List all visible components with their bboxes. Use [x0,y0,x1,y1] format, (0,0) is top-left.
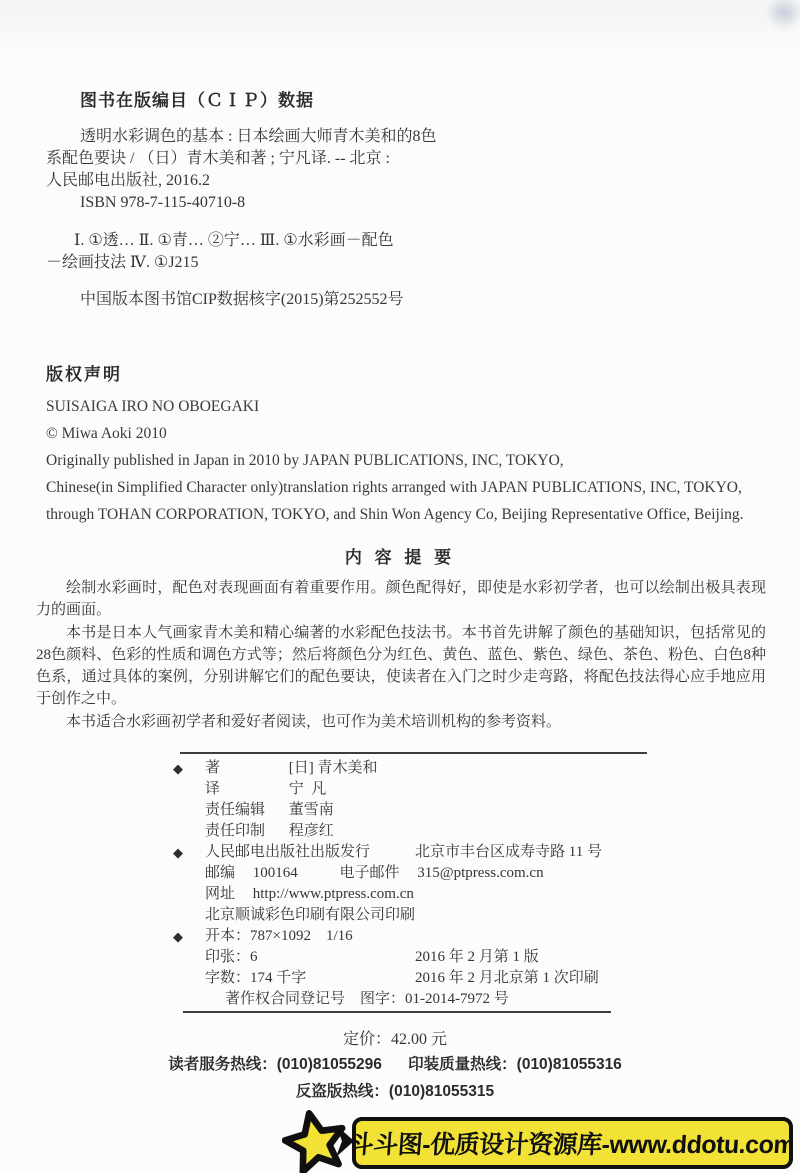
scan-smudge [758,0,800,36]
wordcount-value: 字数：174 千字 [205,970,306,986]
cip-record-line: 人民邮电出版社, 2016.2 [46,170,626,192]
translator-label: 译 [205,779,285,800]
colophon-top-rule [180,752,647,754]
edition-value: 2016 年 2 月第 1 版 [415,947,539,968]
format-value: 开本：787×1092 1/16 [205,928,353,944]
cip-heading: 图书在版编目（ＣＩＰ）数据 [80,86,314,111]
cip-class-line: －绘画技法 Ⅳ. ①J215 [46,252,626,274]
colophon-translator-row: 译 宁 凡 [173,779,653,800]
summary-paragraph: 绘制水彩画时，配色对表现画面有着重要作用。颜色配得好，即使是水彩初学者，也可以绘… [36,577,766,622]
email-value: 315@ptpress.com.cn [417,865,543,881]
email-label: 电子邮件 [340,865,400,881]
cip-classification: Ⅰ. ①透… Ⅱ. ①青… ②宁… Ⅲ. ①水彩画－配色 －绘画技法 Ⅳ. ①J… [46,230,626,274]
license-line: © Miwa Aoki 2010 [46,420,770,447]
scan-bleed-band [0,0,800,60]
diamond-bullet-icon: ◆ [173,926,183,947]
reader-service-hotline: 读者服务热线：(010)81055296 [168,1056,382,1073]
author-value: [日] 青木美和 [289,760,378,776]
colophon: ◆ 著 [日] 青木美和 译 宁 凡 责任编辑 董雪南 责任印制 程彦红 ◆ 人… [173,758,653,1010]
license-line: Chinese(in Simplified Character only)tra… [46,474,770,501]
watermark-site-text: 斗斗图-优质设计资源库-www.ddotu.com [352,1125,793,1161]
cip-record-line: 系配色要诀 / （日）青木美和著 ; 宁凡译. -- 北京 : [46,148,626,170]
registration-value: 著作权合同登记号 图字：01-2014-7972 号 [225,991,509,1007]
cip-record-line: 透明水彩调色的基本 : 日本绘画大师青木美和的8色 [46,126,626,148]
colophon-format-row: ◆ 开本：787×1092 1/16 [173,926,653,947]
cip-class-line: Ⅰ. ①透… Ⅱ. ①青… ②宁… Ⅲ. ①水彩画－配色 [46,230,626,252]
colophon-printer-row: 北京顺诚彩色印刷有限公司印刷 [173,905,653,926]
colophon-registration-row: 著作权合同登记号 图字：01-2014-7972 号 [173,989,653,1010]
colophon-wordcount-row: 字数：174 千字 2016 年 2 月北京第 1 次印刷 [173,968,653,989]
printer-name: 北京顺诚彩色印刷有限公司印刷 [205,907,415,923]
book-copyright-page: 图书在版编目（ＣＩＰ）数据 透明水彩调色的基本 : 日本绘画大师青木美和的8色 … [0,0,800,1173]
colophon-sheets-row: 印张：6 2016 年 2 月第 1 版 [173,947,653,968]
license-line: Originally published in Japan in 2010 by… [46,447,770,474]
summary-paragraph: 本书适合水彩画初学者和爱好者阅读，也可作为美术培训机构的参考资料。 [36,711,766,733]
colophon-publisher-row: ◆ 人民邮电出版社出版发行 北京市丰台区成寿寺路 11 号 [173,842,653,863]
postcode-label: 邮编 [205,865,235,881]
license-line: through TOHAN CORPORATION, TOKYO, and Sh… [46,501,770,528]
summary-body: 绘制水彩画时，配色对表现画面有着重要作用。颜色配得好，即使是水彩初学者，也可以绘… [36,577,766,733]
cip-registry-number: 中国版本图书馆CIP数据核字(2015)第252552号 [80,286,404,309]
cip-isbn: ISBN 978-7-115-40710-8 [46,192,626,214]
editor-label: 责任编辑 [205,800,285,821]
hotline-line2: 反盗版热线：(010)81055315 [0,1079,790,1101]
colophon-postcode-row: 邮编 100164 电子邮件 315@ptpress.com.cn [173,863,653,884]
hotline-line1: 读者服务热线：(010)81055296 印装质量热线：(010)8105531… [0,1052,790,1074]
postcode-value: 100164 [253,865,298,881]
publisher-address: 北京市丰台区成寿寺路 11 号 [415,842,602,863]
colophon-website-row: 网址 http://www.ptpress.com.cn [173,884,653,905]
colophon-print-supervisor-row: 责任印制 程彦红 [173,821,653,842]
license-heading: 版权声明 [46,360,122,385]
anti-piracy-hotline: 反盗版热线：(010)81055315 [296,1083,494,1100]
print-supervisor-value: 程彦红 [289,823,334,839]
diamond-bullet-icon: ◆ [173,758,183,779]
editor-value: 董雪南 [289,802,334,818]
cip-record: 透明水彩调色的基本 : 日本绘画大师青木美和的8色 系配色要诀 / （日）青木美… [46,126,626,214]
license-lines: SUISAIGA IRO NO OBOEGAKI © Miwa Aoki 201… [46,393,770,528]
print-supervisor-label: 责任印制 [205,821,285,842]
license-line: SUISAIGA IRO NO OBOEGAKI [46,393,770,420]
diamond-bullet-icon: ◆ [173,842,183,863]
translator-value: 宁 凡 [289,781,327,797]
summary-paragraph: 本书是日本人气画家青木美和精心编著的水彩配色技法书。本书首先讲解了颜色的基础知识… [36,622,766,711]
website-value: http://www.ptpress.com.cn [253,886,414,902]
print-quality-hotline: 印装质量热线：(010)81055316 [408,1056,622,1073]
colophon-author-row: ◆ 著 [日] 青木美和 [173,758,653,779]
colophon-editor-row: 责任编辑 董雪南 [173,800,653,821]
impression-value: 2016 年 2 月北京第 1 次印刷 [415,968,599,989]
author-label: 著 [205,758,285,779]
watermark-banner: 斗斗图-优质设计资源库-www.ddotu.com [352,1117,793,1169]
price: 定价：42.00 元 [0,1026,790,1049]
colophon-bottom-rule [183,1011,611,1013]
summary-heading: 内 容 提 要 [0,543,800,568]
website-label: 网址 [205,886,235,902]
publisher-name: 人民邮电出版社出版发行 [205,844,370,860]
sheets-value: 印张：6 [205,949,258,965]
